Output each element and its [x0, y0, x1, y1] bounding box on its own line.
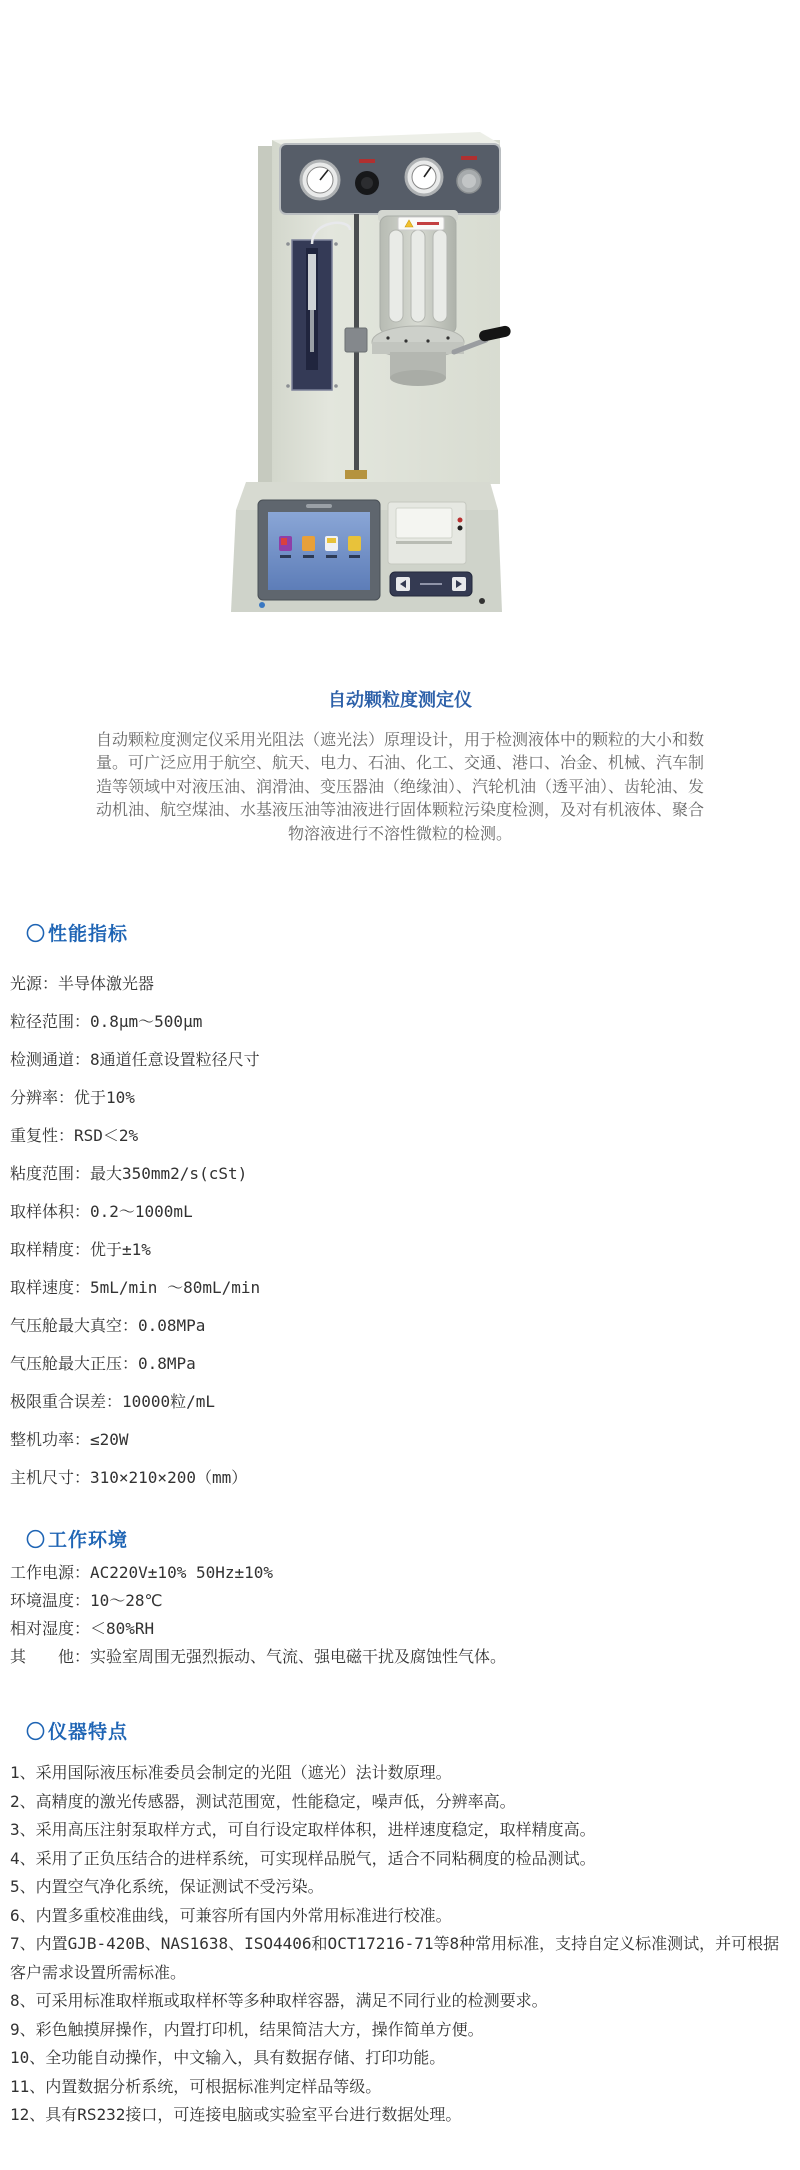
feature-line: 11、内置数据分析系统，可根据标准判定样品等级。	[10, 2073, 792, 2102]
feature-line: 10、全功能自动操作，中文输入，具有数据存储、打印功能。	[10, 2044, 792, 2073]
environment-spec-list: 工作电源：AC220V±10% 50Hz±10%环境温度：10～28℃相对湿度：…	[0, 1559, 800, 1671]
spec-line: 分辨率：优于10%	[10, 1079, 800, 1117]
spec-line: 检测通道：8通道任意设置粒径尺寸	[10, 1041, 800, 1079]
feature-line: 5、内置空气净化系统，保证测试不受污染。	[10, 1873, 792, 1902]
section-title: 性能指标	[48, 923, 128, 945]
section-marker-icon: 〇	[26, 923, 46, 945]
section-title: 仪器特点	[48, 1721, 128, 1743]
env-line: 环境温度：10～28℃	[10, 1587, 800, 1615]
spec-line: 极限重合误差：10000粒/mL	[10, 1383, 800, 1421]
env-line: 其 他：实验室周围无强烈振动、气流、强电磁干扰及腐蚀性气体。	[10, 1643, 800, 1671]
control-panel	[280, 144, 500, 214]
env-line: 相对湿度：＜80%RH	[10, 1615, 800, 1643]
particle-counter-instrument-photo	[228, 52, 528, 664]
instrument-tower	[258, 132, 512, 486]
right-arrow-icon	[452, 577, 466, 591]
section-header-environment: 〇工作环境	[0, 1527, 800, 1553]
product-description: 自动颗粒度测定仪采用光阻法（遮光法）原理设计，用于检测液体中的颗粒的大小和数量。…	[96, 728, 704, 845]
spec-line: 整机功率：≤20W	[10, 1421, 800, 1459]
pressure-gauge-right-icon	[406, 159, 442, 195]
product-photo-area	[0, 0, 800, 688]
sample-chamber	[378, 210, 458, 334]
spec-line: 粒径范围：0.8μm～500μm	[10, 1003, 800, 1041]
section-title: 工作环境	[48, 1529, 128, 1551]
spec-line: 粘度范围：最大350mm2/s(cSt)	[10, 1155, 800, 1193]
performance-spec-list: 光源：半导体激光器粒径范围：0.8μm～500μm检测通道：8通道任意设置粒径尺…	[0, 965, 800, 1497]
pressure-gauge-left-icon	[301, 161, 339, 199]
spec-line: 气压舱最大正压：0.8MPa	[10, 1345, 800, 1383]
left-arrow-icon	[396, 577, 410, 591]
feature-line: 2、高精度的激光传感器，测试范围宽，性能稳定，噪声低，分辨率高。	[10, 1788, 792, 1817]
feature-line: 7、内置GJB-420B、NAS1638、ISO4406和OCT17216-71…	[10, 1930, 792, 1987]
warning-label-icon	[398, 217, 444, 230]
spec-line: 气压舱最大真空：0.08MPa	[10, 1307, 800, 1345]
section-header-features: 〇仪器特点	[0, 1719, 800, 1745]
spec-line: 取样速度：5mL/min ～80mL/min	[10, 1269, 800, 1307]
power-led-icon	[259, 602, 265, 608]
feature-line: 3、采用高压注射泵取样方式，可自行设定取样体积，进样速度稳定，取样精度高。	[10, 1816, 792, 1845]
spec-line: 取样精度：优于±1%	[10, 1231, 800, 1269]
spec-line: 光源：半导体激光器	[10, 965, 800, 1003]
section-header-performance: 〇性能指标	[0, 921, 800, 947]
product-title: 自动颗粒度测定仪	[0, 688, 800, 713]
side-screw-icon	[479, 598, 485, 604]
feature-list: 1、采用国际液压标准委员会制定的光阻（遮光）法计数原理。2、高精度的激光传感器，…	[0, 1759, 800, 2130]
feature-line: 9、彩色触摸屏操作，内置打印机，结果简洁大方，操作简单方便。	[10, 2016, 792, 2045]
feature-line: 4、采用了正负压结合的进样系统，可实现样品脱气，适合不同粘稠度的检品测试。	[10, 1845, 792, 1874]
feature-line: 6、内置多重校准曲线，可兼容所有国内外常用标准进行校准。	[10, 1902, 792, 1931]
section-marker-icon: 〇	[26, 1529, 46, 1551]
spec-line: 重复性：RSD＜2%	[10, 1117, 800, 1155]
feature-line: 8、可采用标准取样瓶或取样杯等多种取样容器，满足不同行业的检测要求。	[10, 1987, 792, 2016]
feature-line: 12、具有RS232接口，可连接电脑或实验室平台进行数据处理。	[10, 2101, 792, 2130]
base-console	[231, 482, 502, 612]
spec-line: 主机尺寸：310×210×200（mm）	[10, 1459, 800, 1497]
touchscreen	[258, 500, 380, 600]
printer	[388, 502, 466, 564]
env-line: 工作电源：AC220V±10% 50Hz±10%	[10, 1559, 800, 1587]
arrow-key-strip	[390, 572, 472, 596]
section-marker-icon: 〇	[26, 1721, 46, 1743]
spec-line: 取样体积：0.2～1000mL	[10, 1193, 800, 1231]
feature-line: 1、采用国际液压标准委员会制定的光阻（遮光）法计数原理。	[10, 1759, 792, 1788]
